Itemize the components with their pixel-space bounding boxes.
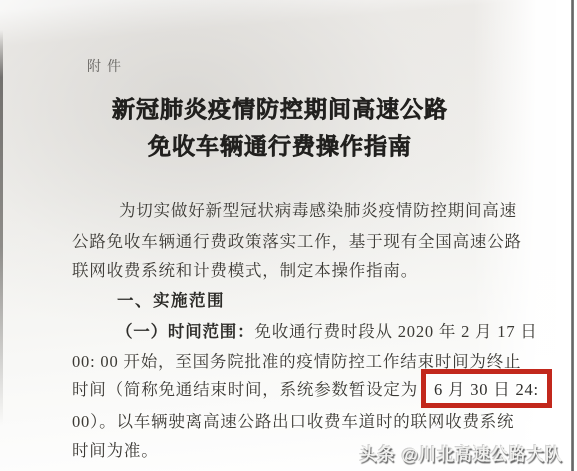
intro-line-1: 为切实做好新型冠状病毒感染肺炎疫情防控期间高速 — [119, 197, 517, 221]
document-title-line-1: 新冠肺炎疫情防控期间高速公路 — [0, 91, 560, 124]
intro-line-3: 联网收费系统和计费模式，制定本操作指南。 — [72, 257, 418, 281]
time-scope-line-3-prefix: 时间（简称免通结束时间，系统参数暂设定为 — [72, 376, 418, 400]
photo-right-edge-line — [571, 0, 574, 471]
document-title-line-2: 免收车辆通行费操作指南 — [0, 128, 560, 161]
time-scope-line-1-text: 免收通行费时段从 2020 年 2 月 17 日 — [254, 322, 537, 341]
highlighted-end-date: 6 月 30 日 24: — [421, 369, 552, 408]
toutiao-watermark: 头条 @川北高速公路大队 — [360, 440, 563, 465]
time-scope-line-3: 时间（简称免通结束时间，系统参数暂设定为6 月 30 日 24: — [72, 369, 552, 407]
section-heading: 一、实施范围 — [117, 287, 225, 311]
photo-left-edge-shadow — [0, 30, 3, 425]
time-scope-label: （一）时间范围： — [116, 322, 254, 341]
attachment-label: 附件 — [87, 56, 127, 76]
time-scope-line-5: 时间为准。 — [72, 437, 159, 461]
document-photo: 附件 新冠肺炎疫情防控期间高速公路 免收车辆通行费操作指南 为切实做好新型冠状病… — [0, 0, 577, 471]
time-scope-line-1: （一）时间范围：免收通行费时段从 2020 年 2 月 17 日 — [116, 318, 538, 342]
time-scope-line-4: 00）。以车辆驶离高速公路出口收费车道时的联网收费系统 — [72, 408, 514, 432]
intro-line-2: 公路免收车辆通行费政策落实工作，基于现有全国高速公路 — [72, 228, 522, 252]
